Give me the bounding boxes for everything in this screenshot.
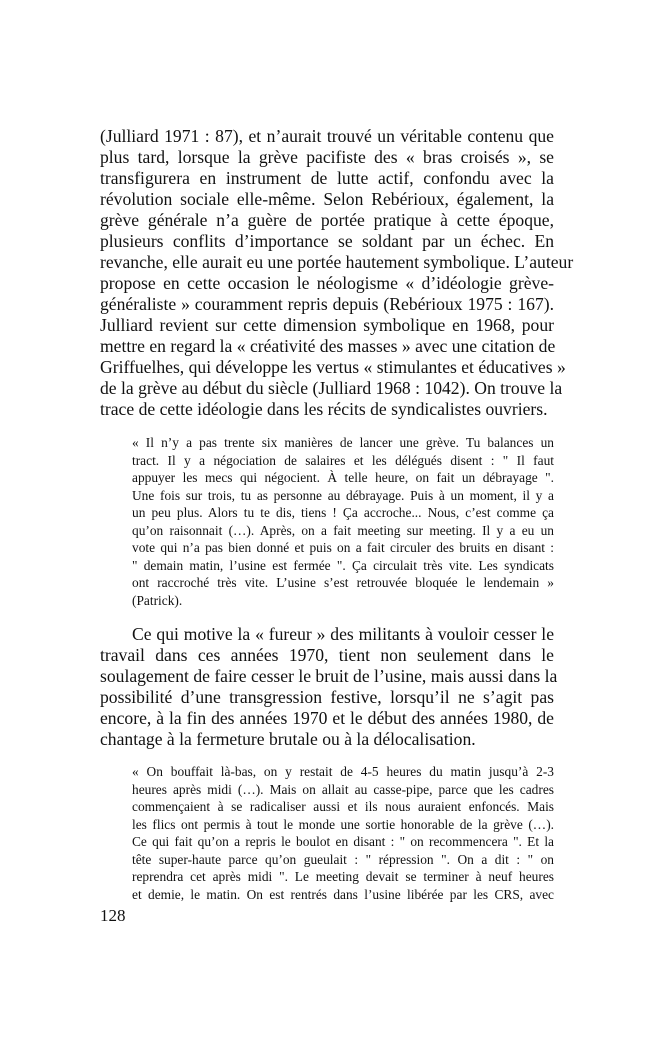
text-line: chantage à la fermeture brutale ou à la … xyxy=(100,729,554,750)
text-line: possibilité d’une transgression festive,… xyxy=(100,687,554,708)
quote-line: les flics ont permis à tout le monde une… xyxy=(132,816,554,834)
text-line: grève générale n’a guère de portée prati… xyxy=(100,210,554,231)
text-line: plusieurs conflits d’importance se solda… xyxy=(100,231,554,252)
text-line: Ce qui motive la « fureur » des militant… xyxy=(132,624,554,645)
page-number: 128 xyxy=(100,906,126,926)
quote-line: qu’on raisonnait (…). Après, on a fait m… xyxy=(132,522,554,540)
quote-line: tract. Il y a négociation de salaires et… xyxy=(132,452,554,470)
quote-line: « Il n’y a pas trente six manières de la… xyxy=(132,434,554,452)
quote-line: « On bouffait là-bas, on y restait de 4-… xyxy=(132,763,554,781)
text-line: de la grève au début du siècle (Julliard… xyxy=(100,378,554,399)
text-line: soulagement de faire cesser le bruit de … xyxy=(100,666,554,687)
quote-line: reprendra cet après midi ". Le meeting d… xyxy=(132,868,554,886)
text-line: Griffuelhes, qui développe les vertus « … xyxy=(100,357,554,378)
quote-line: vote qui n’a pas bien donné et puis on a… xyxy=(132,539,554,557)
quote-line: " demain matin, l’usine est fermée ". Ça… xyxy=(132,557,554,575)
quote-line: ont raccroché très vite. L’usine s’est r… xyxy=(132,574,554,592)
quote-line: appuyer les mecs qui négocient. À telle … xyxy=(132,469,554,487)
text-line: propose en cette occasion le néologisme … xyxy=(100,273,554,294)
quote-line: Une fois sur trois, tu as personne au dé… xyxy=(132,487,554,505)
quote-line: tête super-haute parce qu’on gueulait : … xyxy=(132,851,554,869)
text-line: (Julliard 1971 : 87), et n’aurait trouvé… xyxy=(100,126,554,147)
text-line: travail dans ces années 1970, tient non … xyxy=(100,645,554,666)
quote-line: heures après midi (…). Mais on allait au… xyxy=(132,781,554,799)
text-line: Julliard revient sur cette dimension sym… xyxy=(100,315,554,336)
quote-line: commençaient à se radicaliser aussi et i… xyxy=(132,798,554,816)
book-page: (Julliard 1971 : 87), et n’aurait trouvé… xyxy=(0,0,650,1037)
text-line: généraliste » couramment repris depuis (… xyxy=(100,294,554,315)
quote-line: Ce qui fait qu’on a repris le boulot en … xyxy=(132,833,554,851)
text-line: révolution sociale elle-même. Selon Rebé… xyxy=(100,189,554,210)
text-line: plus tard, lorsque la grève pacifiste de… xyxy=(100,147,554,168)
text-line: revanche, elle aurait eu une portée haut… xyxy=(100,252,554,273)
text-line: trace de cette idéologie dans les récits… xyxy=(100,399,554,420)
text-line: encore, à la fin des années 1970 et le d… xyxy=(100,708,554,729)
quote-line: et demie, le matin. On est rentrés dans … xyxy=(132,886,554,904)
text-line: mettre en regard la « créativité des mas… xyxy=(100,336,554,357)
text-line: transfigurera en instrument de lutte act… xyxy=(100,168,554,189)
quote-line: un peu plus. Alors tu te dis, tiens ! Ça… xyxy=(132,504,554,522)
quote-line: (Patrick). xyxy=(132,592,554,610)
